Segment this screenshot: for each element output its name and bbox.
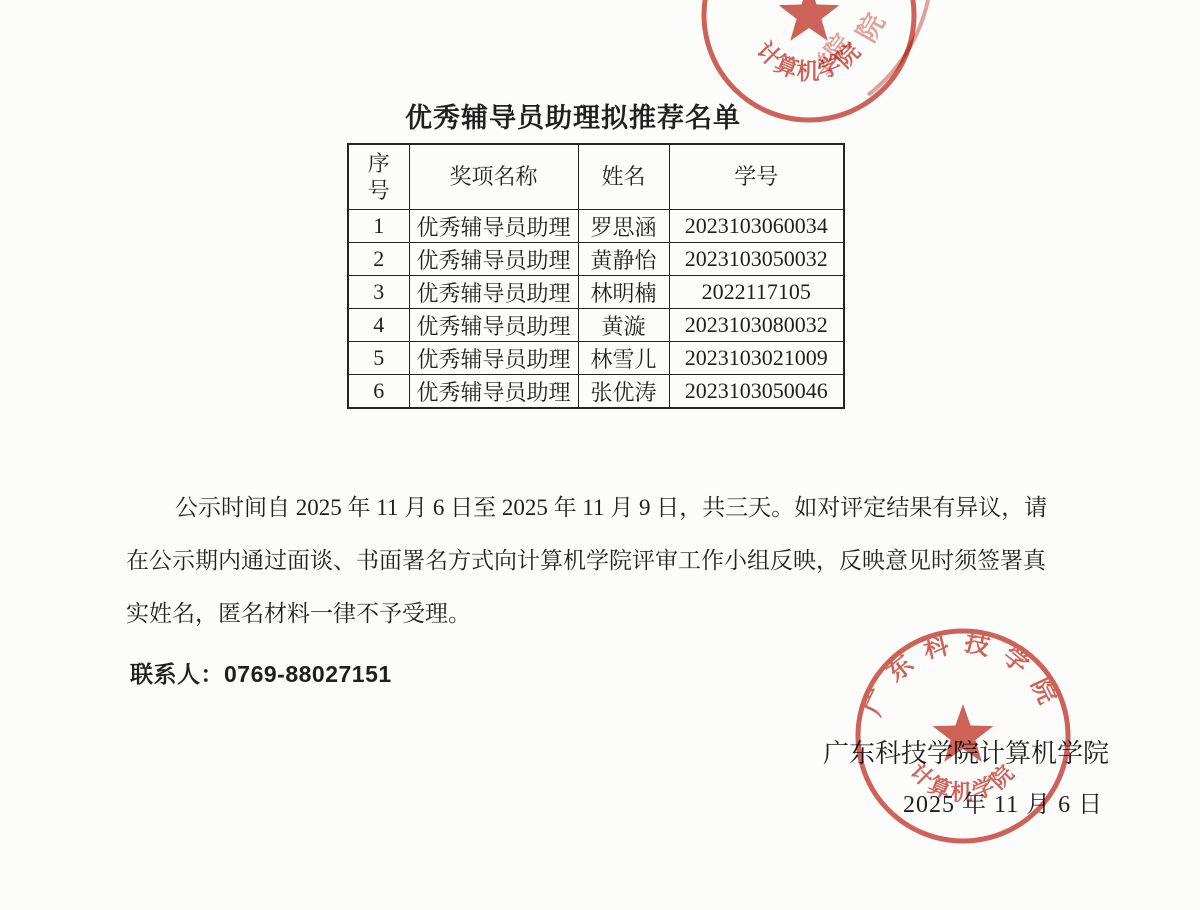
cell-award-name: 优秀辅导员助理 (409, 210, 578, 243)
cell-award-name: 优秀辅导员助理 (409, 276, 578, 309)
cell-award-name: 优秀辅导员助理 (409, 309, 578, 342)
table-row: 4 优秀辅导员助理 黄漩 2023103080032 (348, 309, 844, 342)
top-seal-bottom-text: 计算机学院 (751, 37, 866, 84)
cell-award-name: 优秀辅导员助理 (409, 243, 578, 276)
fragment-arc (868, 0, 928, 95)
cell-student-id: 2023103050032 (669, 243, 844, 276)
award-table: 序 号 奖项名称 姓名 学号 1 优秀辅导员助理 罗思涵 20231030600… (347, 143, 845, 409)
cell-name: 林雪儿 (578, 342, 669, 375)
page-title: 优秀辅导员助理拟推荐名单 (0, 96, 1146, 135)
notice-line-2: 在公示期内通过面谈、书面署名方式向计算机学院评审工作小组反映，反映意见时须签署真 (126, 542, 1046, 575)
notice-line-3: 实姓名，匿名材料一律不予受理。 (126, 595, 471, 628)
svg-text:计算机学院: 计算机学院 (751, 37, 866, 84)
cell-index: 5 (348, 342, 409, 375)
cell-name: 林明楠 (578, 276, 669, 309)
header-name: 姓名 (578, 144, 669, 210)
cell-index: 6 (348, 375, 409, 409)
award-table-header: 序 号 奖项名称 姓名 学号 (348, 144, 844, 210)
cell-index: 2 (348, 243, 409, 276)
award-table-body: 1 优秀辅导员助理 罗思涵 2023103060034 2 优秀辅导员助理 黄静… (348, 210, 844, 409)
cell-student-id: 2022117105 (669, 276, 844, 309)
cell-student-id: 2023103021009 (669, 342, 844, 375)
cell-index: 4 (348, 309, 409, 342)
cell-index: 3 (348, 276, 409, 309)
cell-award-name: 优秀辅导员助理 (409, 375, 578, 409)
contact-line: 联系人：0769-88027151 (130, 656, 392, 689)
svg-text:广东科技学院: 广东科技学院 (859, 628, 1067, 720)
table-row: 5 优秀辅导员助理 林雪儿 2023103021009 (348, 342, 844, 375)
cell-student-id: 2023103060034 (669, 210, 844, 243)
fragment-text-1: 院 (851, 9, 890, 47)
header-index: 序 号 (348, 144, 409, 210)
cell-award-name: 优秀辅导员助理 (409, 342, 578, 375)
signature-org: 广东科技学院计算机学院 (823, 733, 1109, 770)
bottom-seal-top-text: 广东科技学院 (859, 628, 1067, 720)
cell-name: 黄静怡 (578, 243, 669, 276)
cell-name: 黄漩 (578, 309, 669, 342)
table-row: 3 优秀辅导员助理 林明楠 2022117105 (348, 276, 844, 309)
scanned-document-page: 优秀辅导员助理拟推荐名单 序 号 奖项名称 姓名 学号 1 优秀辅导员助理 罗思… (0, 0, 1200, 910)
notice-line-1: 公示时间自 2025 年 11 月 6 日至 2025 年 11 月 9 日，共… (175, 489, 1047, 522)
table-header-row: 序 号 奖项名称 姓名 学号 (348, 144, 844, 210)
signature-date: 2025 年 11 月 6 日 (903, 784, 1103, 819)
fragment-text-2: 学院 (818, 29, 856, 83)
seal-star-icon (779, 0, 840, 41)
cell-student-id: 2023103050046 (669, 375, 844, 409)
cell-name: 张优涛 (578, 375, 669, 409)
cell-name: 罗思涵 (578, 210, 669, 243)
cell-student-id: 2023103080032 (669, 309, 844, 342)
table-row: 6 优秀辅导员助理 张优涛 2023103050046 (348, 375, 844, 409)
header-award-name: 奖项名称 (409, 144, 578, 210)
table-row: 1 优秀辅导员助理 罗思涵 2023103060034 (348, 210, 844, 243)
cell-index: 1 (348, 210, 409, 243)
table-row: 2 优秀辅导员助理 黄静怡 2023103050032 (348, 243, 844, 276)
header-student-id: 学号 (669, 144, 844, 210)
